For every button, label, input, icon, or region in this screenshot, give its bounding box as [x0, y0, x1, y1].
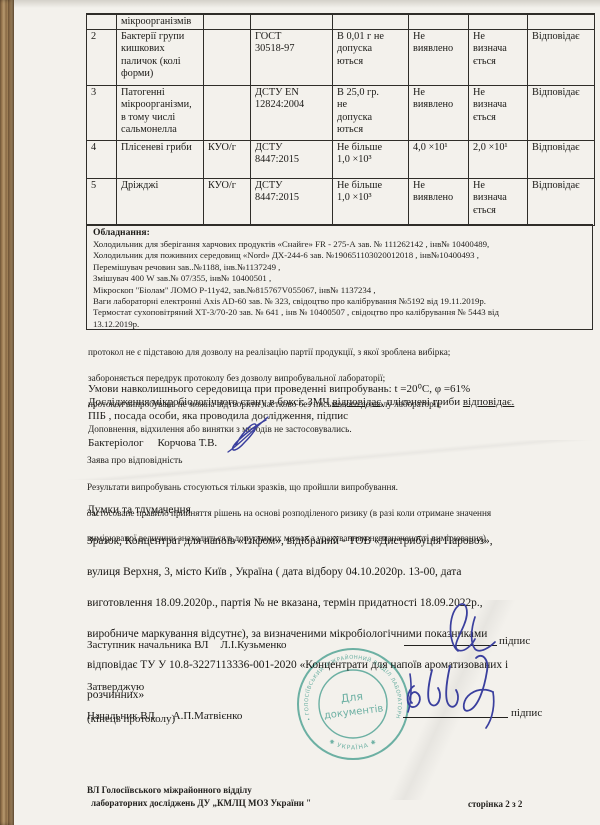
box-study-result: відповідає,	[332, 396, 383, 408]
opinions-line: Зразок, Концентрат для напоїв «Ізіфом», …	[87, 534, 508, 549]
equipment-line: Мікроскоп "Біолам" ЛОМО Р-11у42, зав.№81…	[93, 285, 587, 296]
page-number: сторінка 2 з 2	[468, 798, 522, 811]
pib-line: ПІБ , посада особи, яка проводила дослід…	[88, 410, 348, 423]
table-cell: ДСТУ EN 12824:2004	[251, 86, 333, 141]
box-study-text: плісеневі гриби	[384, 396, 463, 408]
head-name: А.П.Матвієнко	[173, 710, 243, 722]
end-of-protocol-note: (кінець протоколу)	[87, 713, 175, 726]
table-cell: ГОСТ 30518-97	[251, 30, 333, 86]
table-cell: Дріжджі	[117, 179, 204, 226]
table-cell: мікроорганізмів	[117, 15, 204, 30]
table-cell: Не більше 1,0 ×10³	[333, 179, 409, 226]
opinions-title: Думки та тлумачення	[87, 503, 191, 518]
table-cell: В 25,0 гр. не допуска ються	[333, 86, 409, 141]
table-row: мікроорганізмів	[87, 15, 594, 30]
results-table: мікроорганізмів 2 Бактерії групи кишкови…	[86, 13, 595, 226]
footer-lab-line2: лабораторних досліджень ДУ „КМЛЦ МОЗ Укр…	[91, 797, 311, 810]
scanner-edge-strip	[0, 0, 14, 825]
environment-conditions: Умови навколишнього середовища при прове…	[88, 383, 470, 396]
table-cell	[409, 15, 469, 30]
stamp-center-line2: документів	[323, 702, 384, 721]
table-cell: ДСТУ 8447:2015	[251, 179, 333, 226]
box-study-line: Дослідження мікробіологічного стану в бо…	[88, 396, 514, 409]
table-cell: Не визнача ється	[469, 86, 528, 141]
deputy-head-line: Заступник начальника ВЛЛ.І.Кузьменко	[87, 626, 287, 652]
stamp-ring-bottom-text: ✱ УКРАЇНА ✱	[328, 738, 378, 751]
note-line: протокол не є підставою для дозволу на р…	[88, 346, 450, 359]
scanned-protocol-page: мікроорганізмів 2 Бактерії групи кишкови…	[0, 0, 600, 825]
equipment-line: Ваги лабораторні електронні Axis AD-60 з…	[93, 296, 587, 307]
table-cell: Патогенні мікроорганізми, в тому числі с…	[117, 86, 204, 141]
table-cell: Плісеневі гриби	[117, 141, 204, 179]
table-cell: 4,0 ×10¹	[409, 141, 469, 179]
declaration-title: Заява про відповідність	[87, 455, 491, 468]
table-cell: Відповідає	[528, 141, 594, 179]
table-cell: 4	[87, 141, 117, 179]
equipment-line: Холодильник для зберігання харчових прод…	[93, 239, 587, 250]
equipment-line: Перемішувач речовин зав..№1188, інв.№113…	[93, 262, 587, 273]
signature-head	[398, 652, 516, 736]
table-cell	[469, 15, 528, 30]
equipment-title: Обладнання:	[93, 227, 587, 239]
table-cell: Не виявлено	[409, 30, 469, 86]
table-cell: 5	[87, 179, 117, 226]
stamp-center-line1: Для	[340, 690, 364, 706]
table-cell: 2	[87, 30, 117, 86]
box-study-result: відповідає.	[463, 396, 514, 408]
table-cell	[333, 15, 409, 30]
declaration-line: Результати випробувань стосуються тільки…	[87, 481, 491, 494]
deputy-name: Л.І.Кузьменко	[221, 639, 287, 651]
table-cell: Не більше 1,0 ×10³	[333, 141, 409, 179]
opinions-line: вулиця Верхня, 3, місто Київ , Україна (…	[87, 565, 508, 580]
table-cell	[204, 15, 251, 30]
table-cell	[204, 86, 251, 141]
signature-deputy-head	[434, 599, 498, 655]
scan-top-shadow	[14, 0, 600, 8]
table-cell	[251, 15, 333, 30]
equipment-line: Змішувач 400 W зав.№ 07/355, інв№ 104005…	[93, 273, 587, 284]
table-cell: КУО/г	[204, 179, 251, 226]
signature-caption: підпис	[499, 635, 530, 648]
table-cell	[87, 15, 117, 30]
table-row: 2 Бактерії групи кишкових паличок (колі …	[87, 30, 594, 86]
equipment-line: Термостат сухоповітряний ХТ-3/70-20 зав.…	[93, 307, 587, 330]
table-cell: Не визнача ється	[469, 179, 528, 226]
table-cell: Не виявлено	[409, 86, 469, 141]
svg-text:✱ УКРАЇНА ✱: ✱ УКРАЇНА ✱	[328, 738, 378, 751]
table-cell: 3	[87, 86, 117, 141]
table-cell: КУО/г	[204, 141, 251, 179]
document-stamp: • ГОЛОСІЇВСЬКИЙ МІЖРАЙОННИЙ ВІДДІЛ ЛАБОР…	[292, 645, 414, 767]
equipment-box: Обладнання: Холодильник для зберігання х…	[86, 224, 593, 330]
footer-lab-line1: ВЛ Голосіївського міжрайонного відділу	[87, 784, 252, 797]
box-study-text: Дослідження мікробіологічного стану в бо…	[88, 396, 332, 408]
table-cell: Відповідає	[528, 86, 594, 141]
table-cell: Не виявлено	[409, 179, 469, 226]
table-cell: В 0,01 г не допуска ються	[333, 30, 409, 86]
table-cell: Відповідає	[528, 179, 594, 226]
deputy-role: Заступник начальника ВЛ	[87, 639, 209, 651]
equipment-line: Холодильник для поживних середовищ «Nord…	[93, 250, 587, 261]
approve-label: Затверджую	[87, 681, 144, 694]
table-row: 5 Дріжджі КУО/г ДСТУ 8447:2015 Не більше…	[87, 179, 594, 226]
table-cell	[528, 15, 594, 30]
table-cell: Відповідає	[528, 30, 594, 86]
table-cell: 2,0 ×10¹	[469, 141, 528, 179]
table-row: 3 Патогенні мікроорганізми, в тому числі…	[87, 86, 594, 141]
table-cell: Бактерії групи кишкових паличок (колі фо…	[117, 30, 204, 86]
table-cell	[204, 30, 251, 86]
table-row: 4 Плісеневі гриби КУО/г ДСТУ 8447:2015 Н…	[87, 141, 594, 179]
table-cell: Не визнача ється	[469, 30, 528, 86]
table-cell: ДСТУ 8447:2015	[251, 141, 333, 179]
